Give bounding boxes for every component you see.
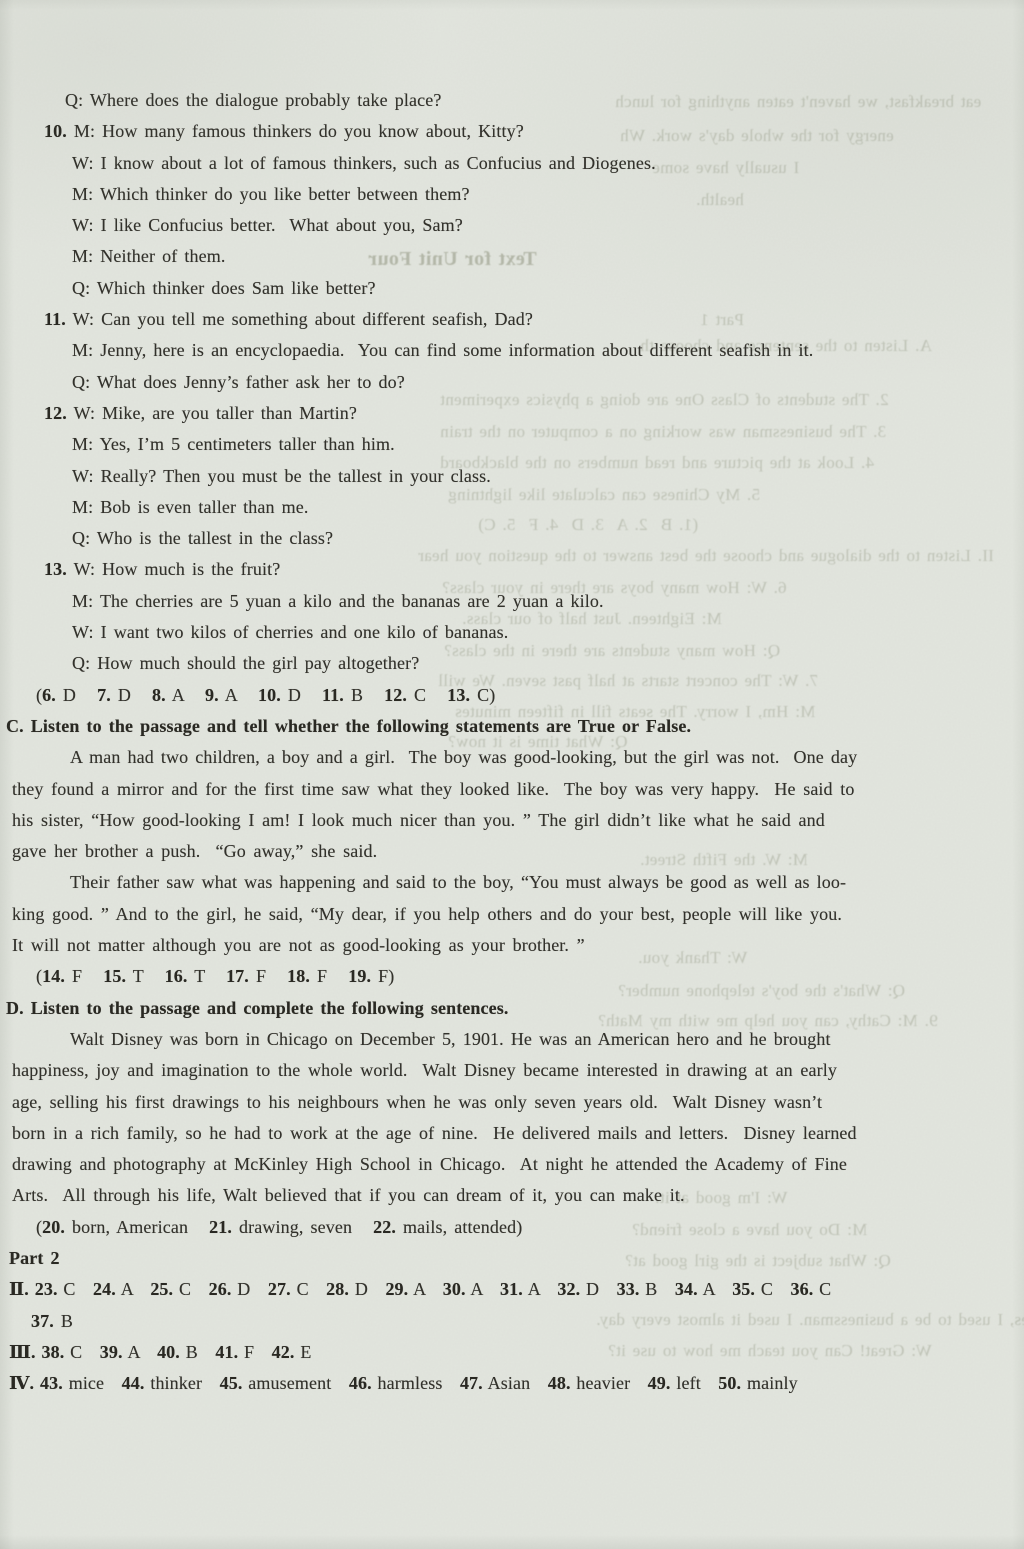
bold-text-segment: 9. (205, 685, 219, 705)
text-segment: F) (371, 966, 394, 986)
text-line: M: Which thinker do you like better betw… (72, 179, 1024, 210)
text-segment: C) (470, 685, 495, 705)
text-segment: D (231, 1279, 267, 1299)
text-line: 11. W: Can you tell me something about d… (44, 304, 1024, 335)
text-segment: W: I want two kilos of cherries and one … (72, 622, 508, 642)
text-line: Ⅳ. 43. mice 44. thinker 45. amusement 46… (9, 1368, 1024, 1399)
bold-text-segment: 22. (373, 1217, 396, 1237)
text-segment: mice (63, 1373, 122, 1393)
text-segment: Asian (483, 1373, 548, 1393)
text-segment: W: Really? Then you must be the tallest … (72, 466, 491, 486)
text-segment: M: Which thinker do you like better betw… (72, 184, 470, 204)
bold-text-segment: 8. (152, 685, 166, 705)
text-segment: drawing and photography at McKinley High… (12, 1154, 847, 1174)
text-segment: born in a rich family, so he had to work… (12, 1123, 857, 1143)
text-segment: F (238, 1342, 271, 1362)
text-line: Q: How much should the girl pay altogeth… (72, 648, 1024, 679)
text-segment: C (813, 1279, 831, 1299)
text-line: W: I know about a lot of famous thinkers… (72, 148, 1024, 179)
bold-text-segment: 18. (287, 966, 310, 986)
text-segment: W: Mike, are you taller than Martin? (67, 403, 357, 423)
text-line: 12. W: Mike, are you taller than Martin? (44, 398, 1024, 429)
bold-text-segment: 47. (460, 1373, 483, 1393)
text-line: It will not matter although you are not … (12, 930, 1024, 961)
text-segment: B (180, 1342, 215, 1362)
text-segment: Q: What does Jenny’s father ask her to d… (72, 372, 405, 392)
text-line: Q: Where does the dialogue probably take… (65, 85, 1024, 116)
text-segment: king good. ” And to the girl, he said, “… (12, 904, 842, 924)
bold-text-segment: 48. (548, 1373, 571, 1393)
text-segment: they found a mirror and for the first ti… (12, 779, 855, 799)
text-segment: W: I know about a lot of famous thinkers… (72, 153, 656, 173)
bold-text-segment: 28. (326, 1279, 349, 1299)
text-line: Q: What does Jenny’s father ask her to d… (72, 367, 1024, 398)
text-segment: happiness, joy and imagination to the wh… (12, 1060, 837, 1080)
text-line: M: Bob is even taller than me. (72, 492, 1024, 523)
text-segment: M: How many famous thinkers do you know … (67, 121, 524, 141)
text-line: born in a rich family, so he had to work… (12, 1118, 1024, 1149)
text-segment: mails, attended) (396, 1217, 522, 1237)
bold-text-segment: 49. (648, 1373, 671, 1393)
bold-text-segment: 34. (675, 1279, 698, 1299)
text-segment: harmless (372, 1373, 460, 1393)
text-line: Ⅲ. 38. C 39. A 40. B 41. F 42. E (9, 1337, 1024, 1368)
bold-text-segment: 50. (718, 1373, 741, 1393)
text-line: Q: Who is the tallest in the class? (72, 523, 1024, 554)
bold-text-segment: 17. (226, 966, 249, 986)
text-segment: D (349, 1279, 385, 1299)
bold-text-segment: 10. (258, 685, 281, 705)
text-segment: C (173, 1279, 208, 1299)
bold-text-segment: 42. (272, 1342, 295, 1362)
text-segment: F (249, 966, 287, 986)
text-segment: thinker (145, 1373, 220, 1393)
text-segment: born, American (65, 1217, 209, 1237)
text-segment: A (698, 1279, 732, 1299)
bold-text-segment: 14. (42, 966, 65, 986)
text-line: C. Listen to the passage and tell whethe… (6, 711, 1024, 742)
bold-text-segment: 38. (41, 1342, 64, 1362)
text-segment: B (344, 685, 384, 705)
bold-text-segment: D. Listen to the passage and complete th… (6, 998, 509, 1018)
text-line: Part 2 (9, 1243, 1024, 1274)
text-line: his sister, “How good-looking I am! I lo… (12, 805, 1024, 836)
text-line: D. Listen to the passage and complete th… (6, 993, 1024, 1024)
bold-text-segment: 13. (447, 685, 470, 705)
text-segment: D (111, 685, 152, 705)
text-segment: Walt Disney was born in Chicago on Decem… (70, 1029, 831, 1049)
text-segment: C (64, 1342, 99, 1362)
bold-text-segment: 27. (268, 1279, 291, 1299)
bold-text-segment: 37. (31, 1311, 54, 1331)
text-line: (6. D 7. D 8. A 9. A 10. D 11. B 12. C 1… (36, 680, 1024, 711)
bold-text-segment: 25. (150, 1279, 173, 1299)
text-line: 37. B (31, 1306, 1024, 1337)
text-segment: B (54, 1311, 73, 1331)
text-segment: gave her brother a push. “Go away,” she … (12, 841, 377, 861)
text-segment: Arts. All through his life, Walt believe… (12, 1185, 685, 1205)
bold-text-segment: 46. (349, 1373, 372, 1393)
text-segment: A (219, 685, 258, 705)
bold-text-segment: 31. (500, 1279, 523, 1299)
bold-text-segment: 40. (157, 1342, 180, 1362)
text-line: M: Neither of them. (72, 241, 1024, 272)
text-segment: W: I like Confucius better. What about y… (72, 215, 463, 235)
bold-text-segment: 20. (42, 1217, 65, 1237)
text-segment: C (755, 1279, 790, 1299)
text-segment: F (310, 966, 348, 986)
bold-text-segment: 33. (617, 1279, 640, 1299)
bold-text-segment: C. Listen to the passage and tell whethe… (6, 716, 691, 736)
scanned-document-page: eat breakfast, we haven't eaten anything… (0, 0, 1024, 1549)
text-segment: A (523, 1279, 557, 1299)
text-segment: his sister, “How good-looking I am! I lo… (12, 810, 825, 830)
text-segment: T (188, 966, 227, 986)
bold-text-segment: 19. (348, 966, 371, 986)
bold-text-segment: 12. (44, 403, 67, 423)
text-segment: D (281, 685, 322, 705)
text-segment: Q: Where does the dialogue probably take… (65, 90, 441, 110)
text-segment: C (407, 685, 447, 705)
text-segment: F (65, 966, 103, 986)
bold-text-segment: 11. (322, 685, 344, 705)
text-line: Their father saw what was happening and … (70, 867, 1024, 898)
text-segment: A (116, 1279, 150, 1299)
text-line: Ⅱ. 23. C 24. A 25. C 26. D 27. C 28. D 2… (9, 1274, 1024, 1305)
bold-text-segment: 45. (220, 1373, 243, 1393)
text-segment: A (466, 1279, 500, 1299)
bold-text-segment: 24. (93, 1279, 116, 1299)
text-segment: M: Jenny, here is an encyclopaedia. You … (72, 340, 813, 360)
text-segment: Q: Who is the tallest in the class? (72, 528, 333, 548)
text-line: they found a mirror and for the first ti… (12, 774, 1024, 805)
text-segment: M: The cherries are 5 yuan a kilo and th… (72, 591, 604, 611)
bold-text-segment: 6. (42, 685, 56, 705)
text-segment: age, selling his first drawings to his n… (12, 1092, 822, 1112)
bold-text-segment: 13. (44, 559, 67, 579)
text-line: drawing and photography at McKinley High… (12, 1149, 1024, 1180)
text-line: Walt Disney was born in Chicago on Decem… (70, 1024, 1024, 1055)
bold-text-segment: 36. (790, 1279, 813, 1299)
text-segment: Q: Which thinker does Sam like better? (72, 278, 376, 298)
text-segment: M: Bob is even taller than me. (72, 497, 308, 517)
text-line: happiness, joy and imagination to the wh… (12, 1055, 1024, 1086)
bold-text-segment: 11. (44, 309, 66, 329)
bold-text-segment: 16. (165, 966, 188, 986)
text-line: W: Really? Then you must be the tallest … (72, 461, 1024, 492)
bold-text-segment: 7. (97, 685, 111, 705)
text-line: M: Yes, I’m 5 centimeters taller than hi… (72, 429, 1024, 460)
text-segment: T (126, 966, 165, 986)
text-line: king good. ” And to the girl, he said, “… (12, 899, 1024, 930)
text-line: W: I want two kilos of cherries and one … (72, 617, 1024, 648)
bold-text-segment: 10. (44, 121, 67, 141)
document-lines: Q: Where does the dialogue probably take… (0, 85, 1024, 1399)
text-line: 13. W: How much is the fruit? (44, 554, 1024, 585)
text-segment: C (291, 1279, 326, 1299)
text-segment: D (580, 1279, 616, 1299)
bold-text-segment: 35. (732, 1279, 755, 1299)
text-segment: mainly (741, 1373, 798, 1393)
text-line: Arts. All through his life, Walt believe… (12, 1180, 1024, 1211)
text-segment: M: Yes, I’m 5 centimeters taller than hi… (72, 434, 395, 454)
bold-text-segment: Ⅲ. (9, 1342, 41, 1362)
text-segment: B (639, 1279, 674, 1299)
text-segment: drawing, seven (232, 1217, 373, 1237)
bold-text-segment: 15. (103, 966, 126, 986)
bold-text-segment: 30. (443, 1279, 466, 1299)
bold-text-segment: 23. (35, 1279, 58, 1299)
bold-text-segment: 12. (384, 685, 407, 705)
text-segment: It will not matter although you are not … (12, 935, 585, 955)
text-segment: C (58, 1279, 93, 1299)
text-line: A man had two children, a boy and a girl… (70, 742, 1024, 773)
text-segment: D (56, 685, 97, 705)
text-line: M: Jenny, here is an encyclopaedia. You … (72, 335, 1024, 366)
bold-text-segment: 21. (209, 1217, 232, 1237)
text-segment: amusement (242, 1373, 348, 1393)
text-segment: E (295, 1342, 312, 1362)
text-segment: left (671, 1373, 719, 1393)
text-line: (20. born, American 21. drawing, seven 2… (36, 1212, 1024, 1243)
bold-text-segment: 41. (215, 1342, 238, 1362)
bold-text-segment: Ⅱ. (9, 1279, 35, 1299)
text-line: gave her brother a push. “Go away,” she … (12, 836, 1024, 867)
text-segment: Their father saw what was happening and … (70, 872, 846, 892)
text-line: age, selling his first drawings to his n… (12, 1087, 1024, 1118)
text-line: Q: Which thinker does Sam like better? (72, 273, 1024, 304)
bold-text-segment: 43. (40, 1373, 63, 1393)
bold-text-segment: 29. (385, 1279, 408, 1299)
text-segment: W: Can you tell me something about diffe… (66, 309, 533, 329)
text-segment: heavier (571, 1373, 648, 1393)
text-line: 10. M: How many famous thinkers do you k… (44, 116, 1024, 147)
text-segment: A man had two children, a boy and a girl… (70, 747, 857, 767)
text-line: W: I like Confucius better. What about y… (72, 210, 1024, 241)
bold-text-segment: 32. (557, 1279, 580, 1299)
text-line: M: The cherries are 5 yuan a kilo and th… (72, 586, 1024, 617)
text-segment: A (123, 1342, 157, 1362)
bold-text-segment: Ⅳ. (9, 1373, 40, 1393)
text-segment: A (408, 1279, 442, 1299)
bold-text-segment: 26. (209, 1279, 232, 1299)
bold-text-segment: 44. (122, 1373, 145, 1393)
text-segment: W: How much is the fruit? (67, 559, 280, 579)
bold-text-segment: Part 2 (9, 1248, 60, 1268)
text-segment: Q: How much should the girl pay altogeth… (72, 653, 419, 673)
text-segment: A (166, 685, 205, 705)
text-segment: M: Neither of them. (72, 246, 225, 266)
bold-text-segment: 39. (100, 1342, 123, 1362)
text-line: (14. F 15. T 16. T 17. F 18. F 19. F) (36, 961, 1024, 992)
